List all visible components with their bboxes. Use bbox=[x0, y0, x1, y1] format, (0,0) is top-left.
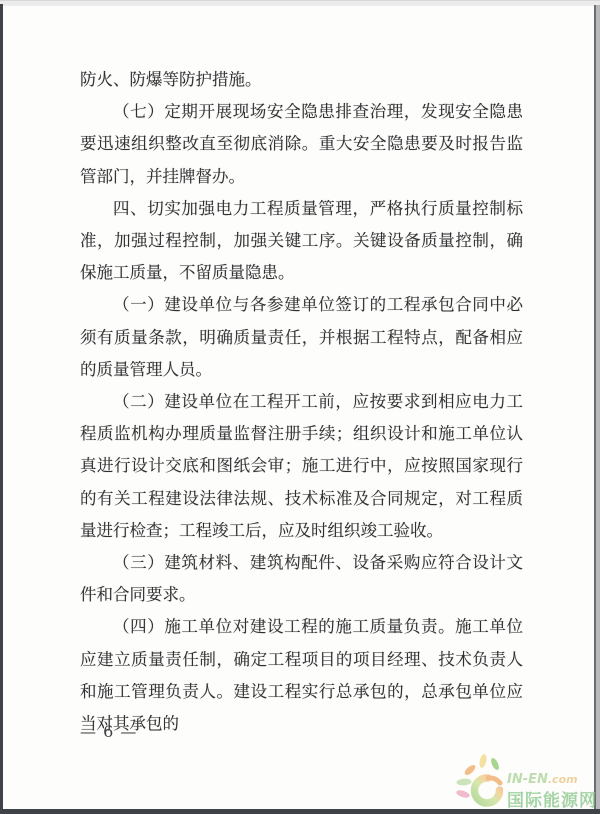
page-number: — 6 — bbox=[80, 722, 137, 741]
paragraph-continuation: 防火、防爆等防护措施。 bbox=[80, 64, 523, 96]
scan-edge-top bbox=[0, 0, 600, 6]
in-en-logo-icon bbox=[455, 752, 507, 808]
paragraph-item-1: （一）建设单位与各参建单位签订的工程承包合同中必须有质量条款，明确质量责任，并根… bbox=[80, 289, 523, 386]
scan-edge-right-line bbox=[594, 5, 596, 809]
paragraph-item-3: （三）建筑材料、建筑构配件、设备采购应符合设计文件和合同要求。 bbox=[80, 547, 523, 611]
in-en-site-name: 国际能源网 bbox=[507, 786, 597, 811]
paragraph-item-2: （二）建设单位在工程开工前，应按要求到相应电力工程质监机构办理质量监督注册手续；… bbox=[80, 386, 523, 547]
in-en-site-text: IN-EN.com bbox=[507, 772, 578, 787]
scan-edge-left bbox=[0, 4, 3, 814]
paragraph-section-4: 四、切实加强电力工程质量管理，严格执行质量控制标准，加强过程控制，加强关键工序。… bbox=[80, 193, 523, 290]
scan-edge-right-shadow bbox=[596, 5, 600, 809]
paragraph-item-4: （四）施工单位对建设工程的施工质量负责。施工单位应建立质量责任制，确定工程项目的… bbox=[80, 611, 523, 740]
in-en-watermark: IN-EN.com 国际能源网 bbox=[455, 750, 600, 810]
document-body: 防火、防爆等防护措施。 （七）定期开展现场安全隐患排查治理，发现安全隐患要迅速组… bbox=[80, 64, 523, 740]
paragraph-item-7: （七）定期开展现场安全隐患排查治理，发现安全隐患要迅速组织整改直至彻底消除。重大… bbox=[80, 96, 523, 193]
